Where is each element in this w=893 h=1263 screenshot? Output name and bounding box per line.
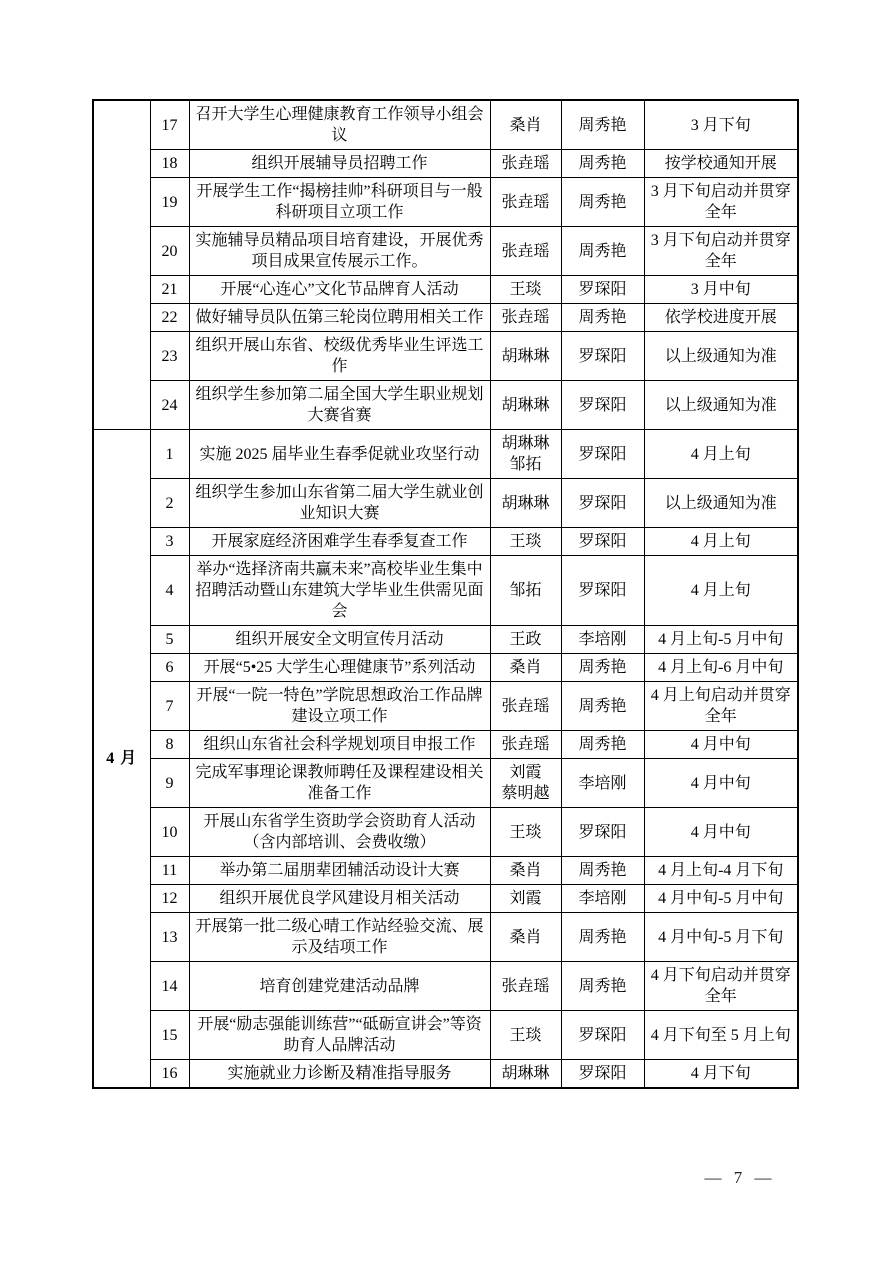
time-period-cell: 4 月上旬 <box>644 528 798 556</box>
table-row: 24组织学生参加第二届全国大学生职业规划大赛省赛胡琳琳罗琛阳以上级通知为准 <box>93 381 798 430</box>
lead-person-cell: 胡琳琳 <box>490 479 561 528</box>
row-number-cell: 8 <box>150 731 189 759</box>
task-description-cell: 实施辅导员精品项目培育建设，开展优秀项目成果宣传展示工作。 <box>189 227 490 276</box>
supervisor-cell: 周秀艳 <box>561 857 644 885</box>
row-number-cell: 2 <box>150 479 189 528</box>
row-number-cell: 3 <box>150 528 189 556</box>
lead-person-cell: 胡琳琳 邹拓 <box>490 430 561 479</box>
table-row: 5组织开展安全文明宣传月活动王政李培刚4 月上旬-5 月中旬 <box>93 626 798 654</box>
lead-person-cell: 张垚瑶 <box>490 962 561 1011</box>
supervisor-cell: 周秀艳 <box>561 682 644 731</box>
task-description-cell: 开展山东省学生资助学会资助育人活动（含内部培训、会费收缴） <box>189 808 490 857</box>
row-number-cell: 24 <box>150 381 189 430</box>
lead-person-cell: 胡琳琳 <box>490 1060 561 1089</box>
row-number-cell: 16 <box>150 1060 189 1089</box>
table-row: 21开展“心连心”文化节品牌育人活动王琰罗琛阳3 月中旬 <box>93 276 798 304</box>
time-period-cell: 4 月下旬启动并贯穿全年 <box>644 962 798 1011</box>
lead-person-cell: 桑肖 <box>490 100 561 150</box>
row-number-cell: 6 <box>150 654 189 682</box>
supervisor-cell: 罗琛阳 <box>561 528 644 556</box>
task-description-cell: 召开大学生心理健康教育工作领导小组会议 <box>189 100 490 150</box>
table-row: 3开展家庭经济困难学生春季复查工作王琰罗琛阳4 月上旬 <box>93 528 798 556</box>
page-number: — 7 — <box>660 1168 820 1188</box>
row-number-cell: 7 <box>150 682 189 731</box>
time-period-cell: 3 月中旬 <box>644 276 798 304</box>
supervisor-cell: 罗琛阳 <box>561 430 644 479</box>
month-cell <box>93 100 150 430</box>
lead-person-cell: 王琰 <box>490 528 561 556</box>
table-row: 13开展第一批二级心晴工作站经验交流、展示及结项工作桑肖周秀艳4 月中旬-5 月… <box>93 913 798 962</box>
lead-person-cell: 王政 <box>490 626 561 654</box>
row-number-cell: 13 <box>150 913 189 962</box>
task-description-cell: 举办第二届朋辈团辅活动设计大赛 <box>189 857 490 885</box>
task-description-cell: 组织开展辅导员招聘工作 <box>189 150 490 178</box>
row-number-cell: 19 <box>150 178 189 227</box>
supervisor-cell: 周秀艳 <box>561 178 644 227</box>
lead-person-cell: 胡琳琳 <box>490 381 561 430</box>
task-description-cell: 开展“5•25 大学生心理健康节”系列活动 <box>189 654 490 682</box>
task-description-cell: 开展家庭经济困难学生春季复查工作 <box>189 528 490 556</box>
time-period-cell: 3 月下旬启动并贯穿全年 <box>644 227 798 276</box>
row-number-cell: 4 <box>150 556 189 626</box>
lead-person-cell: 王琰 <box>490 276 561 304</box>
row-number-cell: 5 <box>150 626 189 654</box>
task-description-cell: 组织学生参加山东省第二届大学生就业创业知识大赛 <box>189 479 490 528</box>
time-period-cell: 4 月上旬启动并贯穿全年 <box>644 682 798 731</box>
lead-person-cell: 桑肖 <box>490 857 561 885</box>
month-cell: 4 月 <box>93 430 150 1089</box>
lead-person-cell: 桑肖 <box>490 913 561 962</box>
time-period-cell: 4 月下旬至 5 月上旬 <box>644 1011 798 1060</box>
table-row: 23组织开展山东省、校级优秀毕业生评选工作胡琳琳罗琛阳以上级通知为准 <box>93 332 798 381</box>
table-row: 10开展山东省学生资助学会资助育人活动（含内部培训、会费收缴）王琰罗琛阳4 月中… <box>93 808 798 857</box>
supervisor-cell: 李培刚 <box>561 885 644 913</box>
lead-person-cell: 张垚瑶 <box>490 178 561 227</box>
work-schedule-table: 17召开大学生心理健康教育工作领导小组会议桑肖周秀艳3 月下旬18组织开展辅导员… <box>92 99 799 1089</box>
time-period-cell: 以上级通知为准 <box>644 479 798 528</box>
lead-person-cell: 张垚瑶 <box>490 731 561 759</box>
lead-person-cell: 张垚瑶 <box>490 682 561 731</box>
table-row: 17召开大学生心理健康教育工作领导小组会议桑肖周秀艳3 月下旬 <box>93 100 798 150</box>
supervisor-cell: 周秀艳 <box>561 913 644 962</box>
task-description-cell: 实施 2025 届毕业生春季促就业攻坚行动 <box>189 430 490 479</box>
time-period-cell: 4 月上旬 <box>644 430 798 479</box>
row-number-cell: 10 <box>150 808 189 857</box>
table-row: 18组织开展辅导员招聘工作张垚瑶周秀艳按学校通知开展 <box>93 150 798 178</box>
lead-person-cell: 张垚瑶 <box>490 150 561 178</box>
lead-person-cell: 王琰 <box>490 808 561 857</box>
supervisor-cell: 罗琛阳 <box>561 1060 644 1089</box>
supervisor-cell: 周秀艳 <box>561 304 644 332</box>
supervisor-cell: 罗琛阳 <box>561 1011 644 1060</box>
time-period-cell: 4 月上旬-5 月中旬 <box>644 626 798 654</box>
time-period-cell: 4 月下旬 <box>644 1060 798 1089</box>
row-number-cell: 22 <box>150 304 189 332</box>
time-period-cell: 依学校进度开展 <box>644 304 798 332</box>
lead-person-cell: 王琰 <box>490 1011 561 1060</box>
time-period-cell: 3 月下旬 <box>644 100 798 150</box>
table-row: 16实施就业力诊断及精准指导服务胡琳琳罗琛阳4 月下旬 <box>93 1060 798 1089</box>
time-period-cell: 4 月中旬-5 月下旬 <box>644 913 798 962</box>
row-number-cell: 23 <box>150 332 189 381</box>
task-description-cell: 组织开展优良学风建设月相关活动 <box>189 885 490 913</box>
lead-person-cell: 胡琳琳 <box>490 332 561 381</box>
row-number-cell: 9 <box>150 759 189 808</box>
table-row: 6开展“5•25 大学生心理健康节”系列活动桑肖周秀艳4 月上旬-6 月中旬 <box>93 654 798 682</box>
row-number-cell: 17 <box>150 100 189 150</box>
task-description-cell: 开展学生工作“揭榜挂帅”科研项目与一般科研项目立项工作 <box>189 178 490 227</box>
task-description-cell: 组织学生参加第二届全国大学生职业规划大赛省赛 <box>189 381 490 430</box>
supervisor-cell: 周秀艳 <box>561 150 644 178</box>
supervisor-cell: 罗琛阳 <box>561 479 644 528</box>
supervisor-cell: 李培刚 <box>561 626 644 654</box>
schedule-table-body: 17召开大学生心理健康教育工作领导小组会议桑肖周秀艳3 月下旬18组织开展辅导员… <box>93 100 798 1088</box>
task-description-cell: 实施就业力诊断及精准指导服务 <box>189 1060 490 1089</box>
task-description-cell: 组织开展安全文明宣传月活动 <box>189 626 490 654</box>
lead-person-cell: 张垚瑶 <box>490 304 561 332</box>
table-row: 19开展学生工作“揭榜挂帅”科研项目与一般科研项目立项工作张垚瑶周秀艳3 月下旬… <box>93 178 798 227</box>
time-period-cell: 以上级通知为准 <box>644 381 798 430</box>
table-row: 4 月1实施 2025 届毕业生春季促就业攻坚行动胡琳琳 邹拓罗琛阳4 月上旬 <box>93 430 798 479</box>
document-page: 17召开大学生心理健康教育工作领导小组会议桑肖周秀艳3 月下旬18组织开展辅导员… <box>0 0 893 1263</box>
task-description-cell: 开展第一批二级心晴工作站经验交流、展示及结项工作 <box>189 913 490 962</box>
row-number-cell: 1 <box>150 430 189 479</box>
supervisor-cell: 罗琛阳 <box>561 276 644 304</box>
task-description-cell: 组织山东省社会科学规划项目申报工作 <box>189 731 490 759</box>
supervisor-cell: 罗琛阳 <box>561 808 644 857</box>
lead-person-cell: 邹拓 <box>490 556 561 626</box>
lead-person-cell: 桑肖 <box>490 654 561 682</box>
task-description-cell: 开展“励志强能训练营”“砥砺宣讲会”等资助育人品牌活动 <box>189 1011 490 1060</box>
task-description-cell: 举办“选择济南共赢未来”高校毕业生集中招聘活动暨山东建筑大学毕业生供需见面会 <box>189 556 490 626</box>
row-number-cell: 18 <box>150 150 189 178</box>
supervisor-cell: 罗琛阳 <box>561 556 644 626</box>
time-period-cell: 4 月中旬 <box>644 808 798 857</box>
table-row: 20实施辅导员精品项目培育建设，开展优秀项目成果宣传展示工作。张垚瑶周秀艳3 月… <box>93 227 798 276</box>
lead-person-cell: 张垚瑶 <box>490 227 561 276</box>
task-description-cell: 完成军事理论课教师聘任及课程建设相关准备工作 <box>189 759 490 808</box>
table-row: 7开展“一院一特色”学院思想政治工作品牌建设立项工作张垚瑶周秀艳4 月上旬启动并… <box>93 682 798 731</box>
table-row: 8组织山东省社会科学规划项目申报工作张垚瑶周秀艳4 月中旬 <box>93 731 798 759</box>
supervisor-cell: 罗琛阳 <box>561 332 644 381</box>
time-period-cell: 4 月中旬 <box>644 731 798 759</box>
time-period-cell: 3 月下旬启动并贯穿全年 <box>644 178 798 227</box>
supervisor-cell: 周秀艳 <box>561 100 644 150</box>
table-row: 14培育创建党建活动品牌张垚瑶周秀艳4 月下旬启动并贯穿全年 <box>93 962 798 1011</box>
task-description-cell: 开展“一院一特色”学院思想政治工作品牌建设立项工作 <box>189 682 490 731</box>
row-number-cell: 20 <box>150 227 189 276</box>
table-row: 4举办“选择济南共赢未来”高校毕业生集中招聘活动暨山东建筑大学毕业生供需见面会邹… <box>93 556 798 626</box>
table-row: 9完成军事理论课教师聘任及课程建设相关准备工作刘霞 蔡明越李培刚4 月中旬 <box>93 759 798 808</box>
time-period-cell: 4 月中旬 <box>644 759 798 808</box>
supervisor-cell: 周秀艳 <box>561 227 644 276</box>
lead-person-cell: 刘霞 <box>490 885 561 913</box>
table-row: 12组织开展优良学风建设月相关活动刘霞李培刚4 月中旬-5 月中旬 <box>93 885 798 913</box>
supervisor-cell: 李培刚 <box>561 759 644 808</box>
time-period-cell: 4 月上旬 <box>644 556 798 626</box>
supervisor-cell: 周秀艳 <box>561 962 644 1011</box>
table-row: 2组织学生参加山东省第二届大学生就业创业知识大赛胡琳琳罗琛阳以上级通知为准 <box>93 479 798 528</box>
row-number-cell: 15 <box>150 1011 189 1060</box>
table-row: 11举办第二届朋辈团辅活动设计大赛桑肖周秀艳4 月上旬-4 月下旬 <box>93 857 798 885</box>
table-row: 15开展“励志强能训练营”“砥砺宣讲会”等资助育人品牌活动王琰罗琛阳4 月下旬至… <box>93 1011 798 1060</box>
task-description-cell: 做好辅导员队伍第三轮岗位聘用相关工作 <box>189 304 490 332</box>
task-description-cell: 组织开展山东省、校级优秀毕业生评选工作 <box>189 332 490 381</box>
row-number-cell: 14 <box>150 962 189 1011</box>
table-row: 22做好辅导员队伍第三轮岗位聘用相关工作张垚瑶周秀艳依学校进度开展 <box>93 304 798 332</box>
task-description-cell: 培育创建党建活动品牌 <box>189 962 490 1011</box>
time-period-cell: 按学校通知开展 <box>644 150 798 178</box>
supervisor-cell: 罗琛阳 <box>561 381 644 430</box>
lead-person-cell: 刘霞 蔡明越 <box>490 759 561 808</box>
supervisor-cell: 周秀艳 <box>561 654 644 682</box>
time-period-cell: 4 月上旬-6 月中旬 <box>644 654 798 682</box>
row-number-cell: 12 <box>150 885 189 913</box>
row-number-cell: 11 <box>150 857 189 885</box>
time-period-cell: 4 月中旬-5 月中旬 <box>644 885 798 913</box>
row-number-cell: 21 <box>150 276 189 304</box>
time-period-cell: 以上级通知为准 <box>644 332 798 381</box>
time-period-cell: 4 月上旬-4 月下旬 <box>644 857 798 885</box>
task-description-cell: 开展“心连心”文化节品牌育人活动 <box>189 276 490 304</box>
supervisor-cell: 周秀艳 <box>561 731 644 759</box>
